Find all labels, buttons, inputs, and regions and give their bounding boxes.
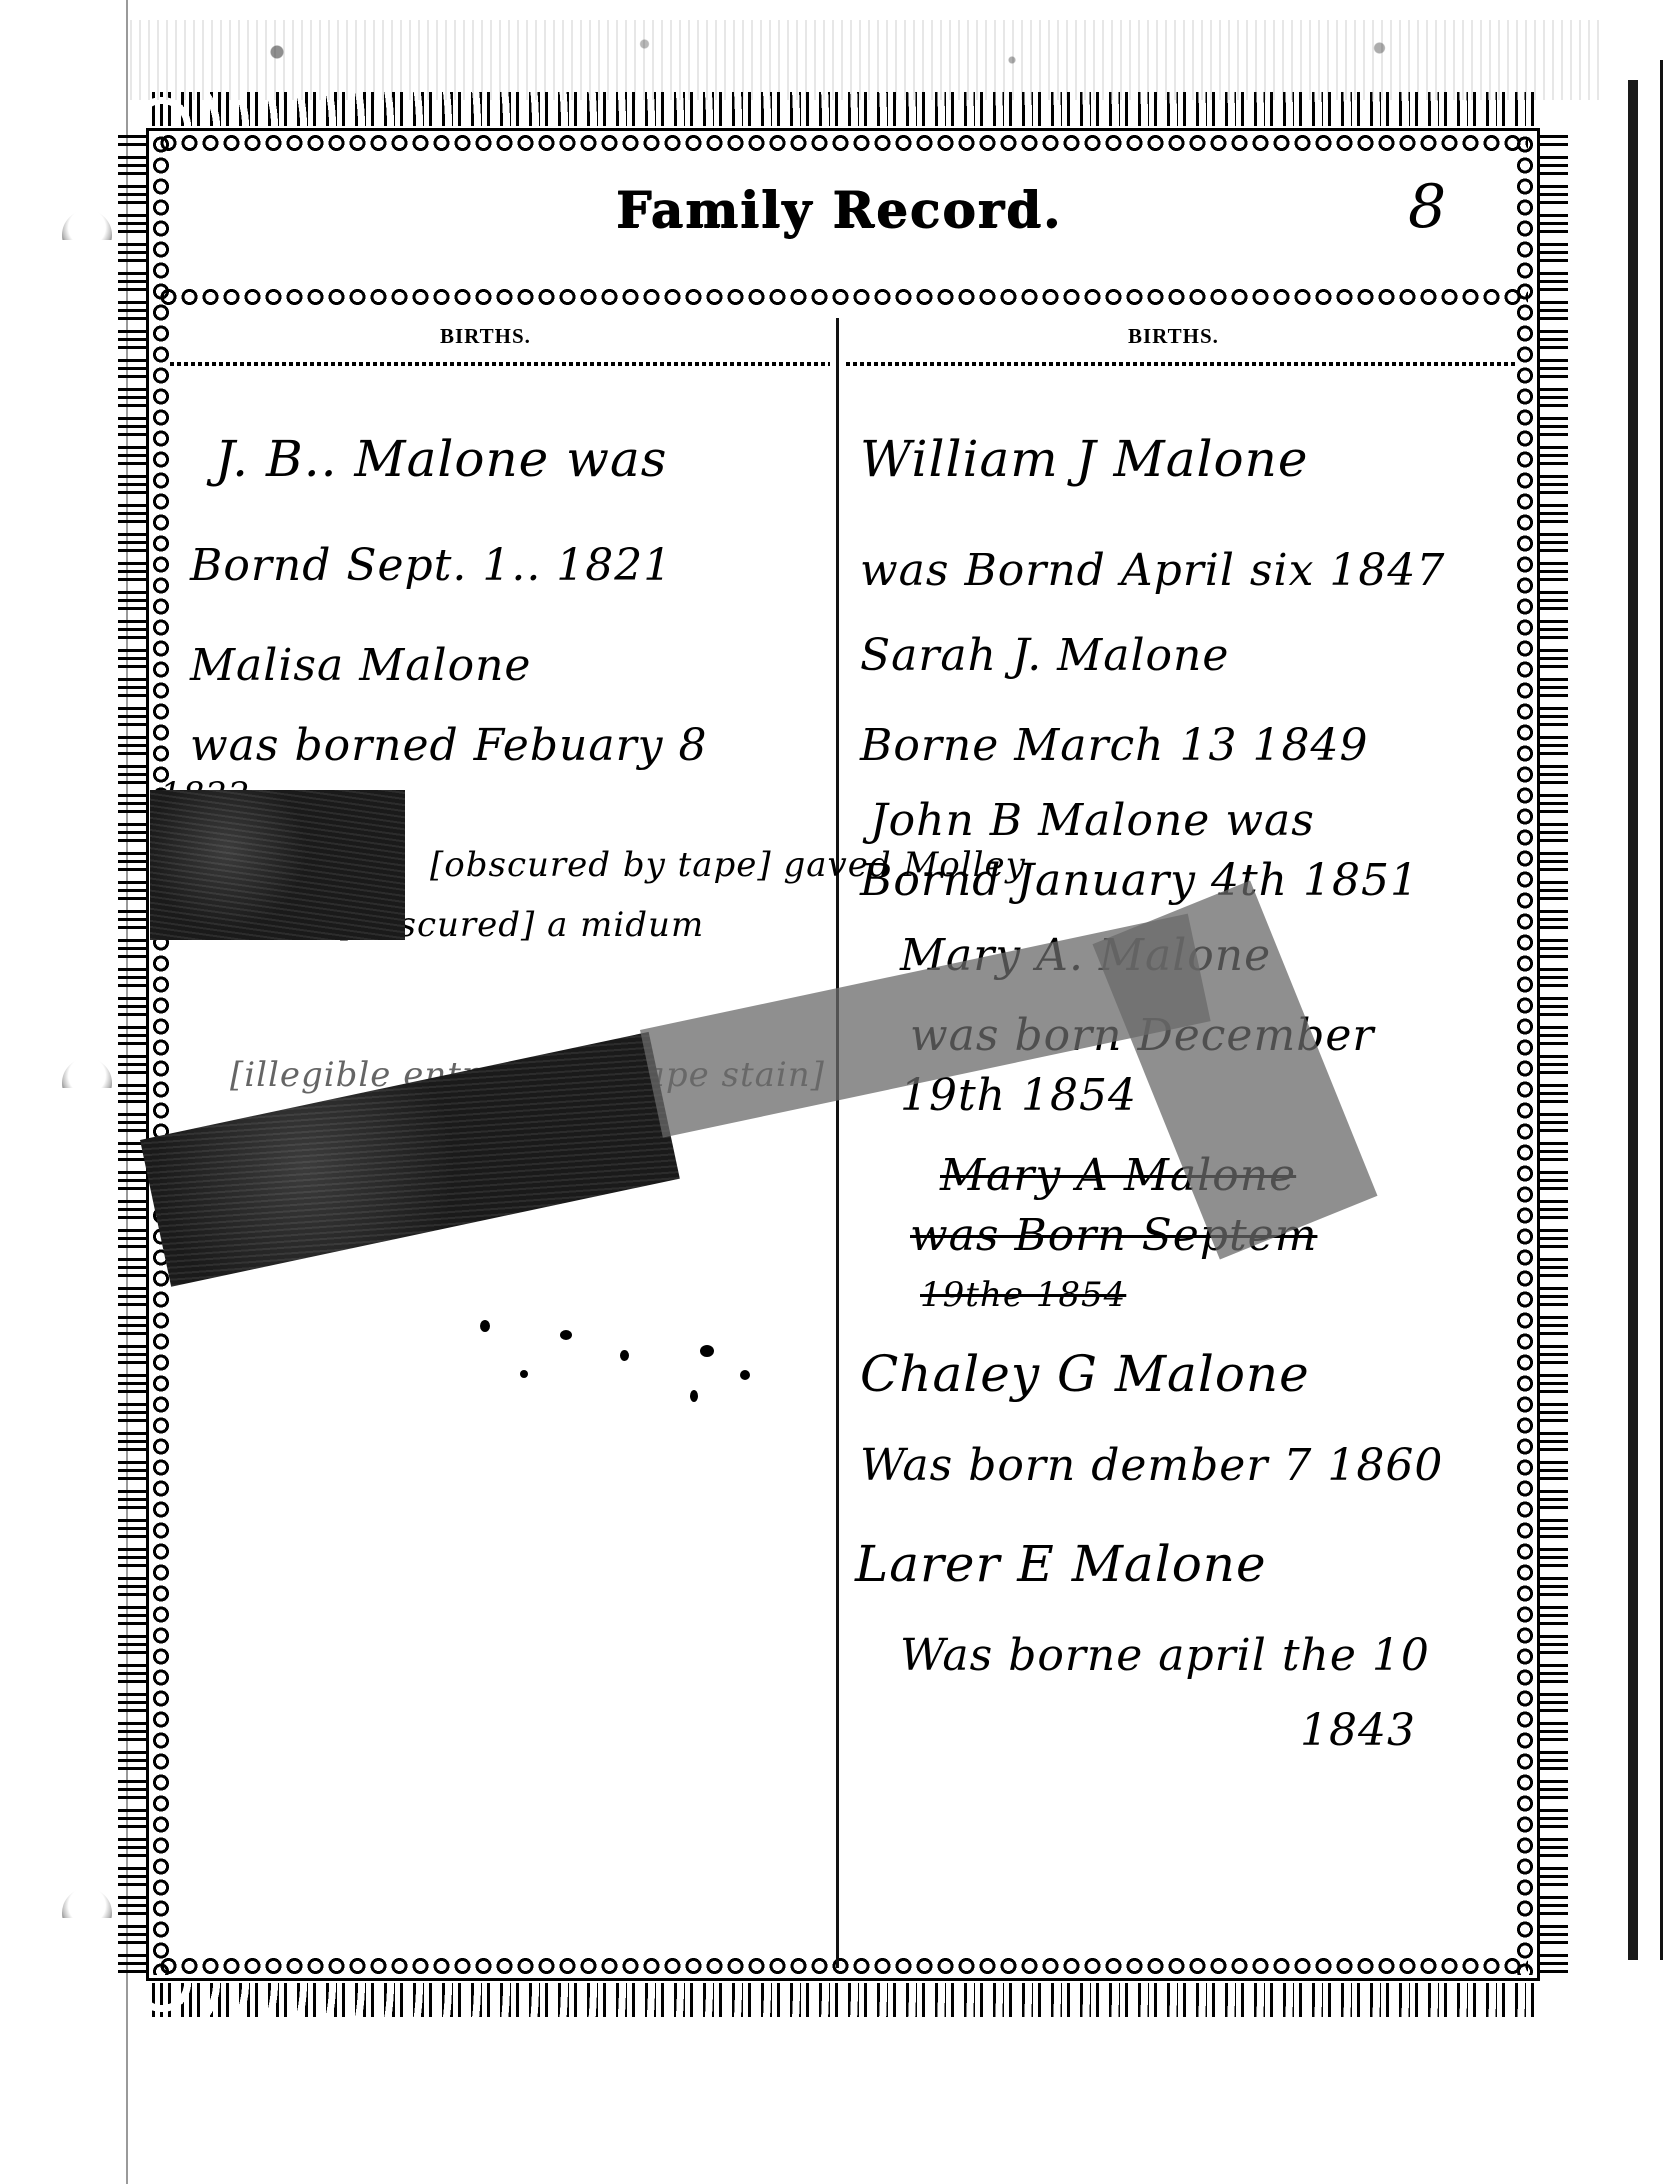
ink-speck [560,1330,572,1340]
border-fringe-right [1538,132,1568,1977]
scan-right-binding [1628,80,1638,1960]
ink-speck [740,1370,750,1380]
top-scan-noise [130,20,1600,100]
entry-line: Bornd Sept. 1.. 1821 [190,540,672,591]
ink-speck [700,1345,714,1357]
entry-line: Was borne april the 10 [900,1630,1430,1681]
ink-speck [690,1390,698,1402]
page-number: 8 [1408,172,1446,242]
ink-speck [520,1370,528,1378]
entry-line: Borne March 13 1849 [860,720,1368,771]
chain-divider-under-title [158,288,1528,306]
entry-line: Sarah J. Malone [860,630,1229,681]
births-header-right: BIRTHS. [1128,324,1219,349]
border-fringe-bottom [148,1983,1538,2017]
entry-line: William J Malone [860,430,1308,488]
entry-line: Larer E Malone [855,1535,1267,1593]
ink-speck [620,1350,629,1361]
entry-line: Bornd January 4th 1851 [860,855,1419,906]
chain-border-top [158,134,1528,152]
chain-border-bottom [158,1957,1528,1975]
entry-line: was borned Febuary 8 [190,720,707,771]
border-rule-right [1537,128,1540,1981]
entry-line: Malisa Malone [190,640,531,691]
header-rule-right [846,362,1518,366]
border-fringe-top [148,92,1538,126]
header-rule-left [170,362,830,366]
tape-stain [150,790,405,940]
hole-punch-icon [62,1058,112,1108]
entry-line: 1843 [1300,1705,1416,1756]
border-rule-bottom [146,1978,1540,1981]
chain-border-right [1516,134,1534,1975]
ink-speck [480,1320,490,1332]
entry-line: Chaley G Malone [860,1345,1310,1403]
border-rule-top [146,128,1540,131]
entry-line: Was born dember 7 1860 [860,1440,1443,1491]
border-fringe-left [118,132,148,1977]
struck-entry-line: 19the 1854 [920,1275,1126,1315]
scan-right-edge [1660,60,1663,1960]
entry-line: John B Malone was [870,795,1315,846]
chain-border-left [152,134,170,1975]
entry-line: was Bornd April six 1847 [860,545,1445,596]
hole-punch-icon [62,1888,112,1938]
births-header-left: BIRTHS. [440,324,531,349]
entry-line: J. B.. Malone was [215,430,667,488]
border-rule-left [146,128,149,1981]
column-divider [836,318,839,1968]
